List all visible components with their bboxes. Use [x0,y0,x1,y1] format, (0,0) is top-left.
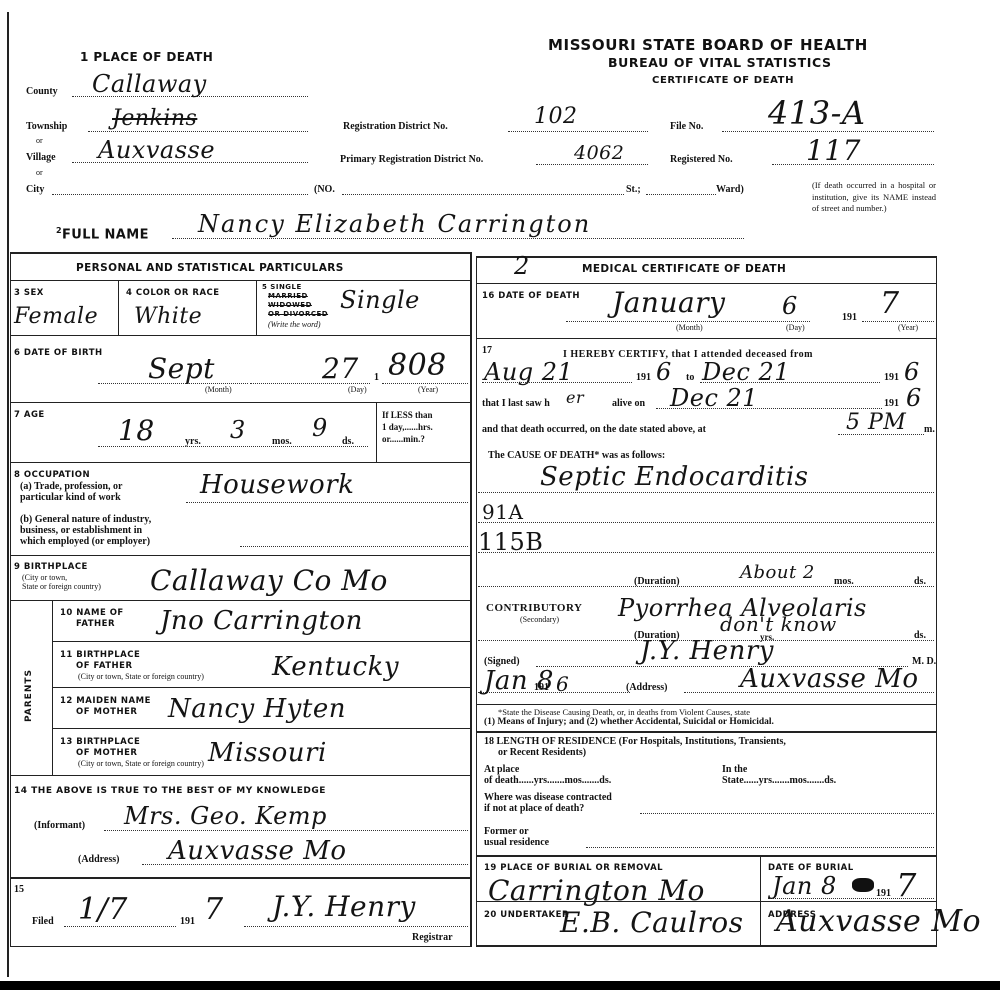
burial-date-value: Jan 8 [772,872,837,900]
occupation-label: 8 OCCUPATION [14,470,90,480]
undertaker-value: E.B. Caulros [560,906,743,939]
city-label: City [26,184,44,195]
registration-district-value: 102 [534,104,578,129]
father-birthplace-label-2: OF FATHER [76,661,133,671]
contributory-label: CONTRIBUTORY [486,602,582,614]
less-than-min: or......min.? [382,434,425,444]
margin-mark: 2 [514,252,530,280]
registered-no-label: Registered No. [670,154,733,165]
race-value: White [134,304,202,329]
occupation-a-label-2: particular kind of work [20,492,121,503]
mother-birthplace-value: Missouri [208,738,327,768]
physician-signature: J.Y. Henry [640,636,774,666]
cert-number: 17 [482,345,492,356]
date-of-death-label: 16 DATE OF DEATH [482,291,580,301]
personal-particulars-heading: PERSONAL AND STATISTICAL PARTICULARS [76,262,344,274]
mother-birthplace-hint: (City or town, State or foreign country) [78,759,204,768]
filed-year-prefix: 191 [180,916,195,927]
less-than-hrs: 1 day,......hrs. [382,422,433,432]
attended-to-year: 6 [904,358,920,386]
father-name-label-2: FATHER [76,619,115,629]
village-label: Village [26,152,56,163]
duration-value: About 2 [740,562,815,583]
less-than-label: If LESS than [382,410,433,420]
dob-month: Sept [148,352,215,385]
filed-label: Filed [32,916,54,927]
burial-year-prefix: 191 [876,888,891,899]
last-saw-year-prefix: 191 [884,398,899,409]
mother-birthplace-label-2: OF MOTHER [76,748,137,758]
date-of-death-day: 6 [782,292,798,320]
mos-unit: mos. [834,576,854,587]
mother-name-label-2: OF MOTHER [76,707,137,717]
file-no-label: File No. [670,121,703,132]
ds-unit: ds. [914,576,926,587]
marital-widowed-label: WIDOWED [268,301,312,309]
left-border [7,12,9,977]
attended-to-year-prefix: 191 [884,372,899,383]
age-months: 3 [230,416,246,444]
date-of-death-year: 7 [880,286,900,321]
township-label: Township [26,121,67,132]
father-birthplace-value: Kentucky [272,652,399,682]
physician-address-value: Auxvasse Mo [740,664,919,694]
board-title: MISSOURI STATE BOARD OF HEALTH [548,36,868,54]
occupation-b-label-3: which employed (or employer) [20,536,150,547]
or-text: or [36,136,43,145]
street-no-label: (NO. [314,184,335,195]
marital-value: Single [340,286,420,314]
dob-year: 808 [388,348,447,383]
death-time-suffix: m. [924,424,935,435]
age-years: 18 [118,414,155,447]
birthplace-hint: (City or town, [22,573,67,582]
death-time-label: and that death occurred, on the date sta… [482,424,706,435]
occupation-a-label: (a) Trade, profession, or [20,481,123,492]
birthplace-hint-2: State or foreign country) [22,582,101,591]
father-name-label: 10 NAME OF [60,608,124,618]
footnote-line-2: (1) Means of Injury; and (2) whether Acc… [484,717,774,727]
medical-certificate-heading: MEDICAL CERTIFICATE OF DEATH [582,263,786,275]
age-days: 9 [312,414,328,442]
last-saw-label: that I last saw h [482,398,550,409]
full-name-value: Nancy Elizabeth Carrington [198,210,591,238]
dob-day: 27 [322,352,359,385]
contracted-label: Where was disease contracted [484,792,612,803]
undertaker-label: 20 UNDERTAKER [484,910,569,920]
full-name-label-text: FULL NAME [62,227,149,242]
cause-code-2: 115B [478,528,543,556]
day-hint: (Day) [348,385,367,394]
marital-single-label: 5 SINGLE [262,283,302,291]
race-label: 4 COLOR OR RACE [126,288,220,298]
birthplace-value: Callaway Co Mo [150,564,388,597]
month-hint: (Month) [676,323,703,332]
year-hint: (Year) [418,385,438,394]
attended-from-value: Aug 21 [484,358,573,386]
father-birthplace-label: 11 BIRTHPLACE [60,650,140,660]
informant-address-value: Auxvasse Mo [168,836,347,866]
township-value: Jenkins [112,106,197,131]
informant-address-label: (Address) [78,854,119,865]
filed-number: 15 [14,884,24,895]
marital-hint: (Write the word) [268,320,321,329]
certificate-title: CERTIFICATE OF DEATH [652,75,794,86]
footnote-line-1: *State the Disease Causing Death, or, in… [498,707,750,717]
contributory-duration-value: don't know [720,612,837,636]
cause-of-death-value: Septic Endocarditis [540,462,809,492]
primary-district-label: Primary Registration District No. [340,154,483,165]
burial-place-value: Carrington Mo [488,874,705,907]
former-residence-label-2: usual residence [484,837,549,848]
month-hint: (Month) [205,385,232,394]
file-no-value: 413-A [768,94,866,132]
undertaker-address-value: Auxvasse Mo [776,904,981,939]
full-name-label: 2FULL NAME [56,226,149,242]
burial-year-value: 7 [896,866,917,904]
mother-birthplace-label: 13 BIRTHPLACE [60,737,140,747]
marital-divorced-label: OR DIVORCED [268,310,328,318]
county-label: County [26,86,58,97]
registration-district-label: Registration District No. [343,121,448,132]
parents-side-label: PARENTS [24,669,34,722]
place-of-death-heading: 1 PLACE OF DEATH [80,50,213,64]
attended-to-value: Dec 21 [702,358,790,386]
filed-date-value: 1/7 [78,892,128,927]
former-residence-label: Former or [484,826,529,837]
village-value: Auxvasse [98,136,215,164]
birthplace-label: 9 BIRTHPLACE [14,562,88,572]
registered-no-value: 117 [806,134,861,167]
mos-unit: mos. [272,436,292,447]
street-label: St.; [626,184,641,195]
ward-label: Ward) [716,184,744,195]
death-time-value: 5 PM [846,410,906,435]
day-hint: (Day) [786,323,805,332]
sign-year-prefix: 191 [534,682,549,693]
marital-married-label: MARRIED [268,292,308,300]
at-place-label: At place [484,764,519,775]
dob-year-prefix: 1 [374,372,379,383]
last-saw-year: 6 [906,384,922,412]
secondary-label: (Secondary) [520,615,559,624]
physician-address-label: (Address) [626,682,667,693]
attended-from-year: 6 [656,358,672,386]
or-text: or [36,168,43,177]
ink-blot [852,878,874,892]
bureau-title: BUREAU OF VITAL STATISTICS [608,55,832,70]
filed-year-value: 7 [204,892,224,927]
year-hint: (Year) [898,323,918,332]
in-state-fields: State......yrs.......mos.......ds. [722,775,836,786]
to-label: to [686,372,694,383]
last-saw-date: Dec 21 [670,384,758,412]
scan-edge-bar [0,981,1000,990]
ds-unit: ds. [914,630,926,641]
alive-on-label: alive on [612,398,645,409]
yrs-unit: yrs. [185,436,201,447]
mother-name-label: 12 MAIDEN NAME [60,696,151,706]
date-of-death-month: January [612,286,725,319]
contracted-label-2: if not at place of death? [484,803,584,814]
residence-heading-2: or Recent Residents) [498,747,586,758]
occupation-b-label-2: business, or establishment in [20,525,142,536]
last-saw-pronoun: er [566,388,584,407]
informant-value: Mrs. Geo. Kemp [124,802,327,830]
primary-district-value: 4062 [574,142,624,164]
county-value: Callaway [92,70,207,98]
cause-code-1: 91A [482,500,523,524]
sex-label: 3 SEX [14,288,44,298]
attended-from-year-prefix: 191 [636,372,651,383]
ds-unit: ds. [342,436,354,447]
informant-heading: 14 THE ABOVE IS TRUE TO THE BEST OF MY K… [14,786,326,796]
father-birthplace-hint: (City or town, State or foreign country) [78,672,204,681]
residence-heading: 18 LENGTH OF RESIDENCE (For Hospitals, I… [484,736,786,747]
burial-place-label: 19 PLACE OF BURIAL OR REMOVAL [484,863,663,873]
informant-label: (Informant) [34,820,85,831]
age-label: 7 AGE [14,410,45,420]
at-place-fields: of death......yrs.......mos.......ds. [484,775,611,786]
dod-year-prefix: 191 [842,312,857,323]
registrar-signature: J.Y. Henry [272,890,416,923]
mother-name-value: Nancy Hyten [168,694,346,724]
father-name-value: Jno Carrington [160,606,363,636]
sign-year-value: 6 [556,672,569,696]
registrar-label: Registrar [412,932,453,943]
sex-value: Female [14,304,98,329]
occupation-value: Housework [200,470,354,500]
in-state-label: In the [722,764,747,775]
dob-label: 6 DATE OF BIRTH [14,348,103,358]
occupation-b-label: (b) General nature of industry, [20,514,151,525]
cause-of-death-label: The CAUSE OF DEATH* was as follows: [488,450,665,461]
hospital-note: (If death occurred in a hospital or inst… [812,180,936,215]
